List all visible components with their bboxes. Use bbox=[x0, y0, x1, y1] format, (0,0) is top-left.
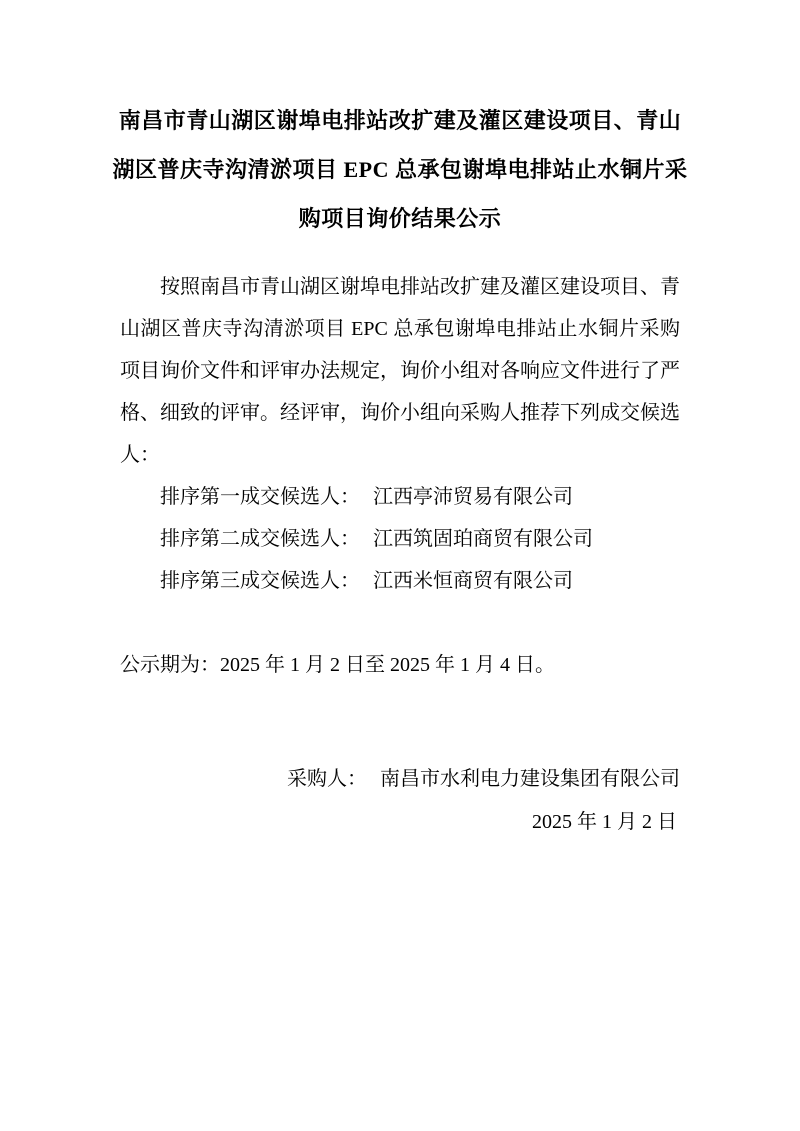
page-title: 南昌市青山湖区谢埠电排站改扩建及灌区建设项目、青山湖区普庆寺沟清淤项目 EPC … bbox=[111, 96, 689, 243]
candidate-line-2: 排序第二成交候选人：江西筑固珀商贸有限公司 bbox=[120, 518, 680, 560]
body-paragraph: 按照南昌市青山湖区谢埠电排站改扩建及灌区建设项目、青山湖区普庆寺沟清淤项目 EP… bbox=[120, 266, 680, 476]
candidate-line-3: 排序第三成交候选人：江西米恒商贸有限公司 bbox=[120, 560, 680, 602]
purchaser-line: 采购人：南昌市水利电力建设集团有限公司 bbox=[120, 758, 680, 801]
purchaser-label: 采购人： bbox=[287, 768, 367, 790]
candidate-rank-label-2: 排序第二成交候选人： bbox=[160, 528, 360, 550]
candidate-rank-label-1: 排序第一成交候选人： bbox=[160, 486, 360, 508]
date-line: 2025 年 1 月 2 日 bbox=[120, 801, 680, 844]
candidate-company-1: 江西亭沛贸易有限公司 bbox=[373, 486, 573, 508]
candidate-line-1: 排序第一成交候选人：江西亭沛贸易有限公司 bbox=[120, 476, 680, 518]
candidate-company-2: 江西筑固珀商贸有限公司 bbox=[373, 528, 593, 550]
publicity-period: 公示期为：2025 年 1 月 2 日至 2025 年 1 月 4 日。 bbox=[120, 644, 680, 686]
purchaser-name: 南昌市水利电力建设集团有限公司 bbox=[380, 768, 680, 790]
candidate-company-3: 江西米恒商贸有限公司 bbox=[373, 570, 573, 592]
candidate-rank-label-3: 排序第三成交候选人： bbox=[160, 570, 360, 592]
document-page: 南昌市青山湖区谢埠电排站改扩建及灌区建设项目、青山湖区普庆寺沟清淤项目 EPC … bbox=[0, 0, 800, 1131]
candidate-list: 排序第一成交候选人：江西亭沛贸易有限公司 排序第二成交候选人：江西筑固珀商贸有限… bbox=[120, 476, 680, 602]
signature-block: 采购人：南昌市水利电力建设集团有限公司 2025 年 1 月 2 日 bbox=[120, 758, 680, 844]
